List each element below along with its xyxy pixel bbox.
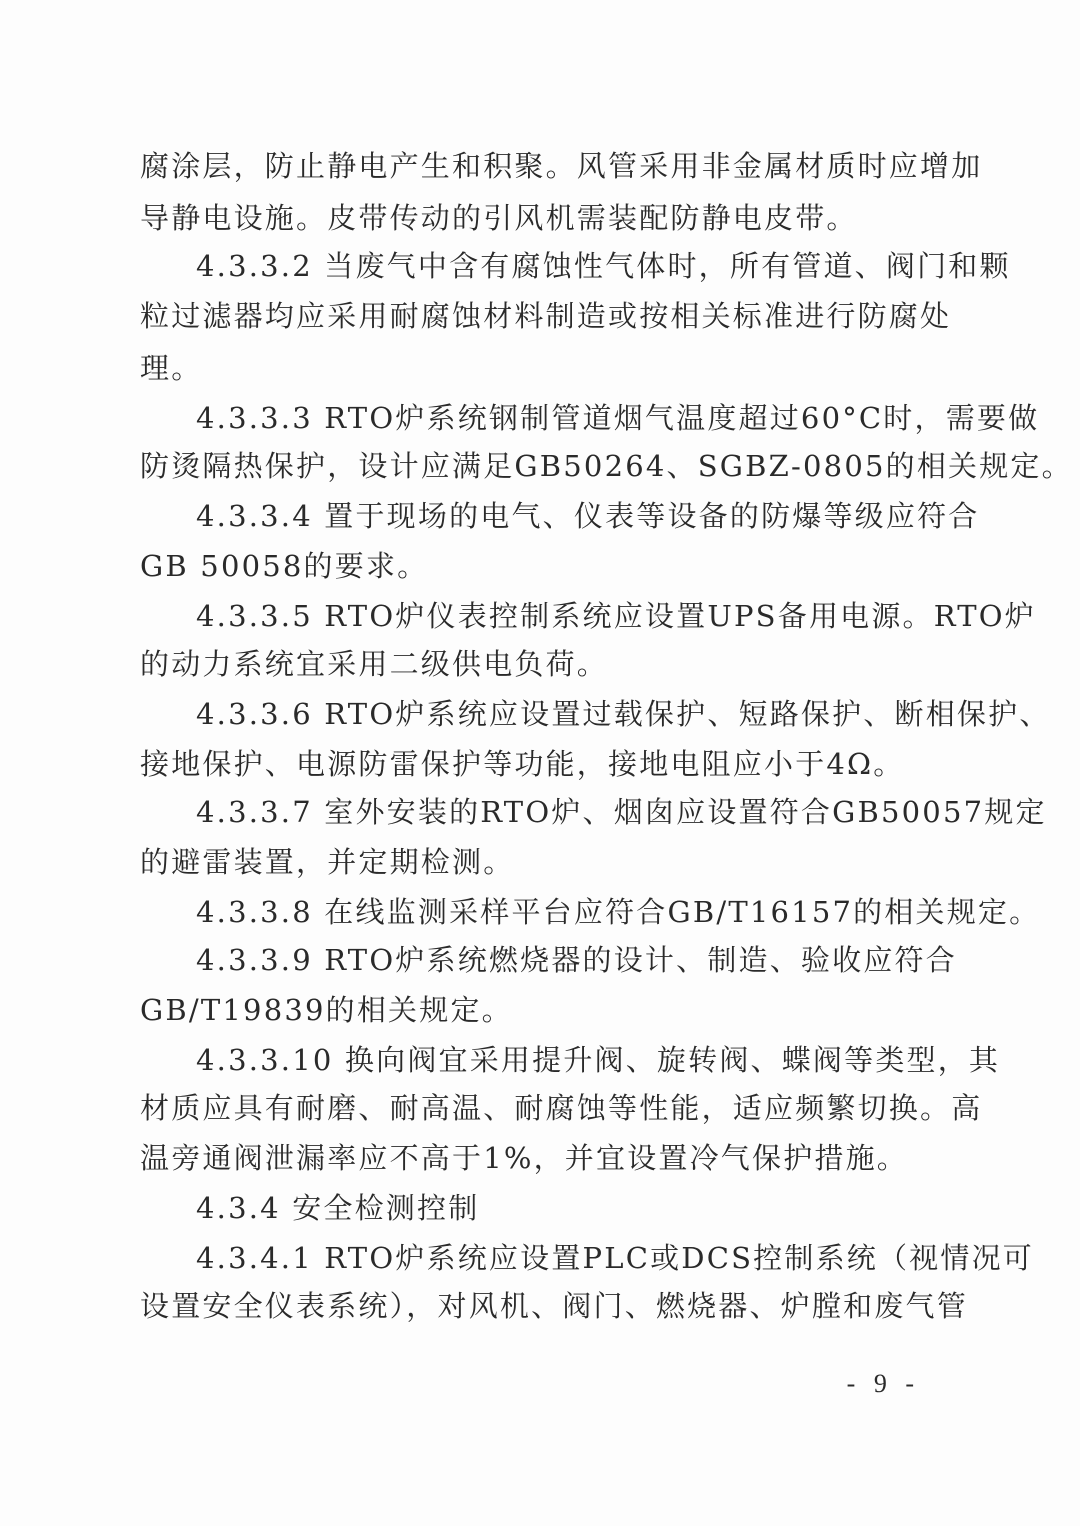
text-line: 的避雷装置，并定期检测。 [140,842,900,882]
text-line: 粒过滤器均应采用耐腐蚀材料制造或按相关标准进行防腐处 [140,296,900,336]
clause-4-3-3-2: 4.3.3.2 当废气中含有腐蚀性气体时，所有管道、阀门和颗 [196,246,900,286]
text-line: 防烫隔热保护，设计应满足GB50264、SGBZ-0805的相关规定。 [140,446,900,486]
section-heading-4-3-4: 4.3.4 安全检测控制 [196,1188,900,1228]
text-line: 导静电设施。皮带传动的引风机需装配防静电皮带。 [140,198,900,238]
text-line: GB 50058的要求。 [140,546,900,586]
text-line: 设置安全仪表系统），对风机、阀门、燃烧器、炉膛和废气管 [140,1286,900,1326]
text-line: 的动力系统宜采用二级供电负荷。 [140,644,900,684]
clause-4-3-3-6: 4.3.3.6 RTO炉系统应设置过载保护、短路保护、断相保护、 [196,694,900,734]
text-line: 理。 [140,348,900,388]
text-line: 温旁通阀泄漏率应不高于1%，并宜设置冷气保护措施。 [140,1138,900,1178]
clause-4-3-3-10: 4.3.3.10 换向阀宜采用提升阀、旋转阀、蝶阀等类型，其 [196,1040,900,1080]
clause-4-3-3-9: 4.3.3.9 RTO炉系统燃烧器的设计、制造、验收应符合 [196,940,900,980]
text-line: 腐涂层，防止静电产生和积聚。风管采用非金属材质时应增加 [140,146,900,186]
text-line: 接地保护、电源防雷保护等功能，接地电阻应小于4Ω。 [140,744,900,784]
text-line: 材质应具有耐磨、耐高温、耐腐蚀等性能，适应频繁切换。高 [140,1088,900,1128]
clause-4-3-3-7: 4.3.3.7 室外安装的RTO炉、烟囱应设置符合GB50057规定 [196,792,900,832]
clause-4-3-3-4: 4.3.3.4 置于现场的电气、仪表等设备的防爆等级应符合 [196,496,900,536]
document-page: 腐涂层，防止静电产生和积聚。风管采用非金属材质时应增加 导静电设施。皮带传动的引… [0,0,1080,1526]
page-number: - 9 - [820,1364,920,1404]
clause-4-3-3-3: 4.3.3.3 RTO炉系统钢制管道烟气温度超过60°C时，需要做 [196,398,900,438]
clause-4-3-4-1: 4.3.4.1 RTO炉系统应设置PLC或DCS控制系统（视情况可 [196,1238,900,1278]
text-line: GB/T19839的相关规定。 [140,990,900,1030]
clause-4-3-3-8: 4.3.3.8 在线监测采样平台应符合GB/T16157的相关规定。 [196,892,900,932]
clause-4-3-3-5: 4.3.3.5 RTO炉仪表控制系统应设置UPS备用电源。RTO炉 [196,596,900,636]
